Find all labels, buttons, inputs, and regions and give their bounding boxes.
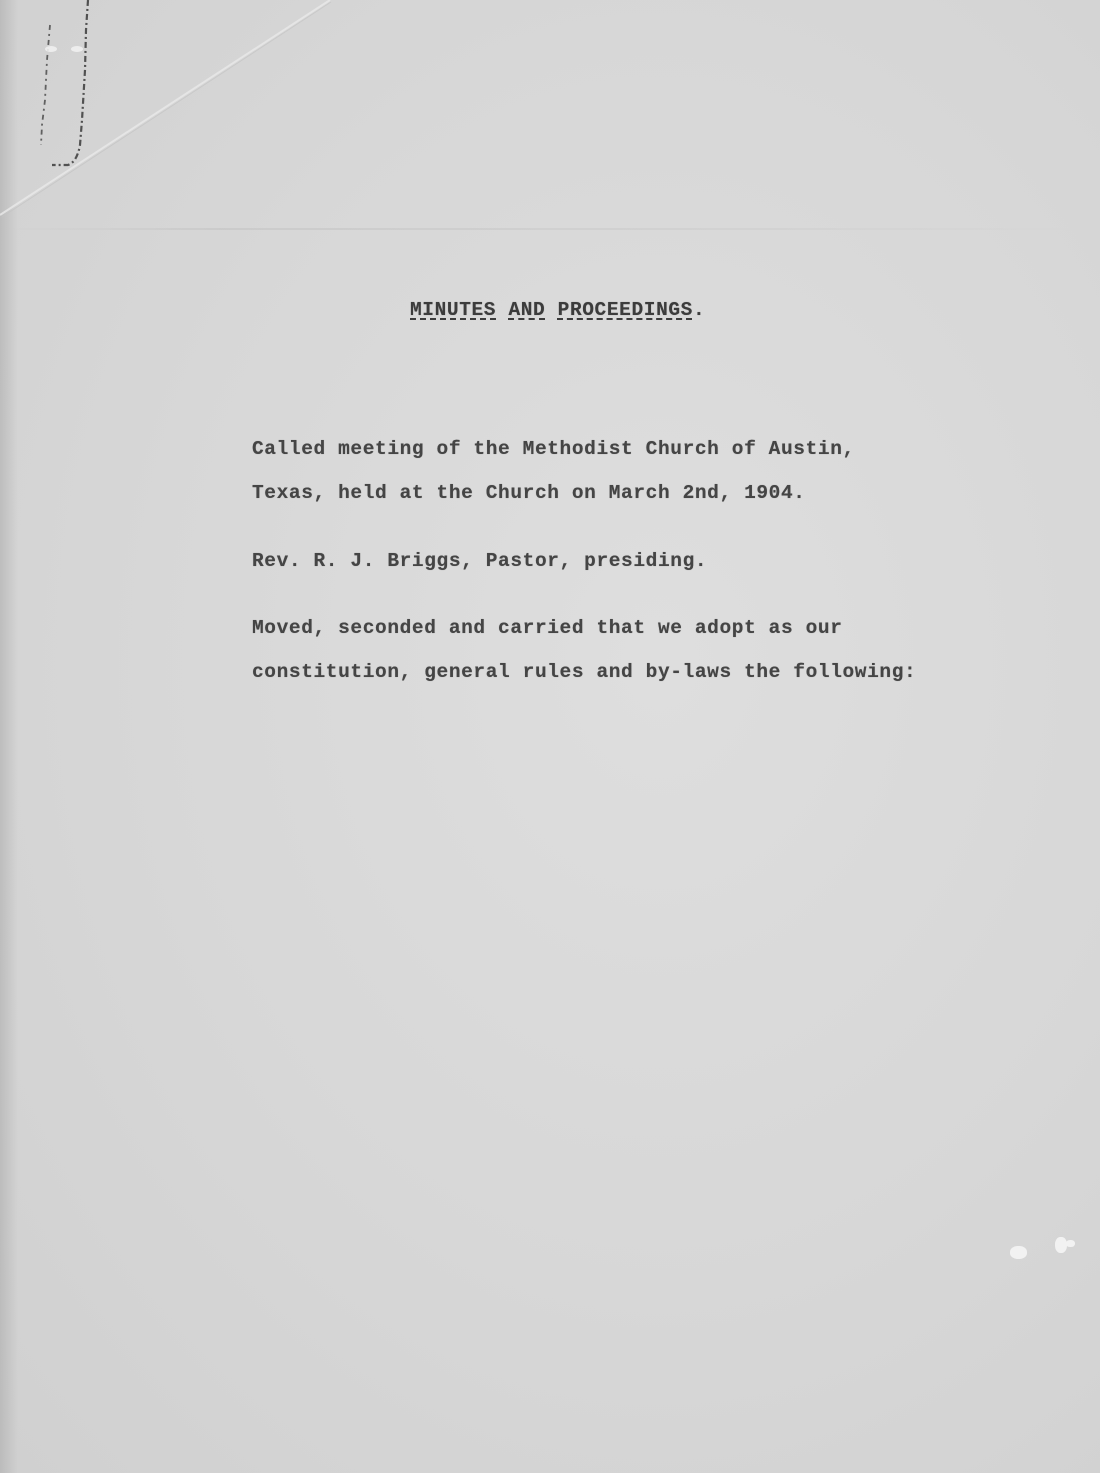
paragraph-line: Rev. R. J. Briggs, Pastor, presiding. — [252, 550, 707, 572]
document-heading: MINUTES AND PROCEEDINGS. — [410, 299, 705, 321]
paragraph-line: Moved, seconded and carried that we adop… — [252, 617, 843, 639]
paragraph-line: Called meeting of the Methodist Church o… — [252, 438, 855, 460]
paper-damage-spot — [1066, 1240, 1075, 1247]
page-edge-shadow — [0, 0, 18, 1473]
paper-fold-line — [0, 228, 1100, 230]
heading-period: . — [693, 299, 705, 321]
heading-word: PROCEEDINGS — [558, 299, 693, 321]
heading-word: AND — [508, 299, 545, 321]
paragraph-line: constitution, general rules and by-laws … — [252, 661, 916, 683]
paragraph-line: Texas, held at the Church on March 2nd, … — [252, 482, 806, 504]
paper-damage-spot — [1055, 1237, 1067, 1253]
paper-damage-spot — [1010, 1246, 1027, 1259]
paperclip-rust-mark-icon — [28, 0, 98, 175]
paper-crease — [0, 0, 1100, 400]
heading-word: MINUTES — [410, 299, 496, 321]
scanned-document-page: MINUTES AND PROCEEDINGS. Called meeting … — [0, 0, 1100, 1473]
